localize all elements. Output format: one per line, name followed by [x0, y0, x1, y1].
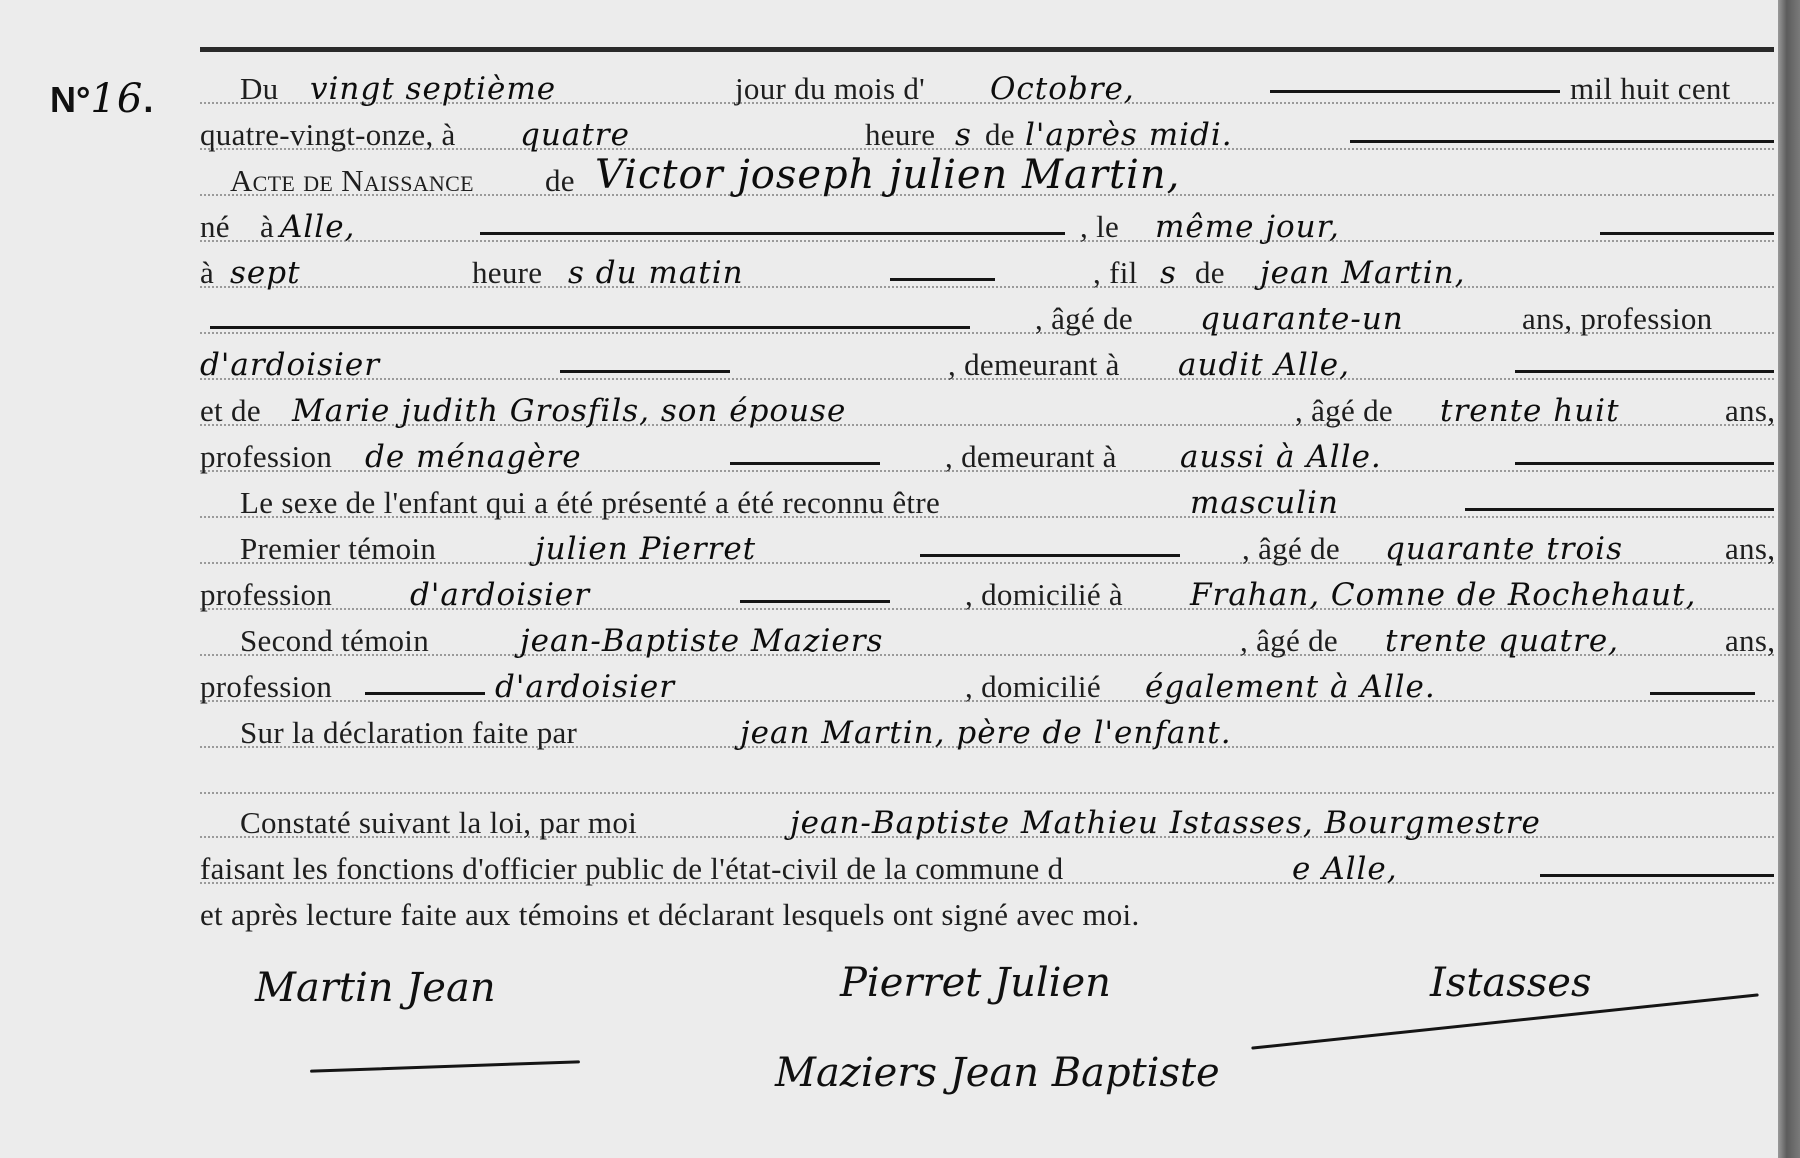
line-father-profession: d'ardoisier , demeurant à audit Alle, [200, 342, 1774, 388]
printed-fils: , fil [1093, 250, 1138, 296]
handwritten-witness1-name: julien Pierret [535, 526, 756, 572]
handwritten-s: s [1160, 250, 1177, 296]
printed-demeurant: , demeurant à [948, 342, 1120, 388]
handwritten-witness1-profession: d'ardoisier [410, 572, 590, 618]
birth-certificate-page: N°16. Du vingt septième jour du mois d' … [0, 0, 1778, 1158]
handwritten-officer-name: jean-Baptiste Mathieu Istasses, Bourgmes… [790, 800, 1541, 846]
line-witness1: Premier témoin julien Pierret , âgé de q… [200, 526, 1774, 572]
handwritten-witness2-age: trente quatre, [1385, 618, 1619, 664]
signature-witness1: Pierret Julien [840, 960, 1111, 1006]
printed-closing-statement: et après lecture faite aux témoins et dé… [200, 892, 1140, 938]
handwritten-father-name: jean Martin, [1260, 250, 1466, 296]
handwritten-declarant: jean Martin, père de l'enfant. [740, 710, 1232, 756]
printed-profession: profession [200, 572, 332, 618]
printed-jour-du-mois: jour du mois d' [735, 66, 925, 112]
handwritten-same-day: même jour, [1155, 204, 1340, 250]
printed-de: de [545, 158, 575, 204]
printed-et-de: et de [200, 388, 261, 434]
printed-second-temoin: Second témoin [240, 618, 429, 664]
line-birthplace: né à Alle, , le même jour, [200, 204, 1774, 250]
scan-edge [1778, 0, 1800, 1158]
act-number: N°16. [50, 76, 153, 122]
printed-heure: heure [472, 250, 542, 296]
printed-profession: profession [200, 434, 332, 480]
line-witness2-profession: profession d'ardoisier , domicilié égale… [200, 664, 1774, 710]
printed-age-de: , âgé de [1242, 526, 1340, 572]
handwritten-mother-profession: de ménagère [365, 434, 582, 480]
printed-mil-huit-cent: mil huit cent [1570, 66, 1731, 112]
printed-a: à [200, 250, 214, 296]
printed-ne: né [200, 204, 230, 250]
printed-age-de: , âgé de [1035, 296, 1133, 342]
printed-ans-profession: ans, profession [1522, 296, 1712, 342]
signature-witness2: Maziers Jean Baptiste [775, 1050, 1220, 1096]
printed-demeurant: , demeurant à [945, 434, 1117, 480]
line-birth-hour: à sept heure s du matin , fil s de jean … [200, 250, 1774, 296]
handwritten-sex: masculin [1190, 480, 1339, 526]
printed-du: Du [240, 66, 279, 112]
handwritten-mother-name: Marie judith Grosfils, son épouse [292, 388, 846, 434]
printed-ans: ans, [1725, 388, 1775, 434]
line-officer: Constaté suivant la loi, par moi jean-Ba… [200, 800, 1774, 846]
top-rule [200, 47, 1774, 52]
line-date: Du vingt septième jour du mois d' Octobr… [200, 66, 1774, 112]
handwritten-morning: s du matin [568, 250, 744, 296]
handwritten-witness1-age: quarante trois [1385, 526, 1623, 572]
printed-year: quatre-vingt-onze, à [200, 112, 456, 158]
printed-a: à [260, 204, 274, 250]
line-mother-profession: profession de ménagère , demeurant à aus… [200, 434, 1774, 480]
signature-flourish [310, 1060, 580, 1072]
printed-fonctions: faisant les fonctions d'officier public … [200, 846, 1063, 892]
line-mother: et de Marie judith Grosfils, son épouse … [200, 388, 1774, 434]
line-witness2: Second témoin jean-Baptiste Maziers , âg… [200, 618, 1774, 664]
line-father-age: , âgé de quarante-un ans, profession [200, 296, 1774, 342]
printed-ans: ans, [1725, 526, 1775, 572]
printed-age-de: , âgé de [1295, 388, 1393, 434]
handwritten-witness2-name: jean-Baptiste Maziers [520, 618, 883, 664]
handwritten-witness2-domicile: également à Alle. [1145, 664, 1436, 710]
handwritten-father-profession: d'ardoisier [200, 342, 380, 388]
printed-ans: ans, [1725, 618, 1775, 664]
handwritten-father-residence: audit Alle, [1178, 342, 1350, 388]
printed-constate: Constaté suivant la loi, par moi [240, 800, 637, 846]
printed-domicilie: , domicilié à [965, 572, 1123, 618]
handwritten-month: Octobre, [990, 66, 1135, 112]
printed-age-de: , âgé de [1240, 618, 1338, 664]
printed-domicilie: , domicilié [965, 664, 1101, 710]
line-declaration: Sur la déclaration faite par jean Martin… [200, 710, 1774, 756]
number-value: 16 [90, 76, 143, 122]
line-acte: Acte de Naissance de Victor joseph julie… [200, 158, 1774, 204]
printed-de: de [1195, 250, 1225, 296]
handwritten-father-age: quarante-un [1200, 296, 1404, 342]
printed-declaration: Sur la déclaration faite par [240, 710, 577, 756]
line-witness1-profession: profession d'ardoisier , domicilié à Fra… [200, 572, 1774, 618]
handwritten-place: Alle, [280, 204, 355, 250]
signature-father: Martin Jean [255, 965, 496, 1011]
printed-premier-temoin: Premier témoin [240, 526, 436, 572]
handwritten-witness1-domicile: Frahan, Comne de Rochehaut, [1190, 572, 1696, 618]
printed-le: , le [1080, 204, 1119, 250]
handwritten-day: vingt septième [310, 66, 556, 112]
printed-acte-de-naissance: Acte de Naissance [230, 158, 474, 204]
line-sex: Le sexe de l'enfant qui a été présenté a… [200, 480, 1774, 526]
line-empty [200, 756, 1774, 802]
handwritten-birth-hour: sept [230, 250, 301, 296]
handwritten-child-name: Victor joseph julien Martin, [595, 152, 1180, 198]
handwritten-mother-age: trente huit [1440, 388, 1620, 434]
handwritten-commune: e Alle, [1292, 846, 1398, 892]
printed-profession: profession [200, 664, 332, 710]
printed-sex-statement: Le sexe de l'enfant qui a été présenté a… [240, 480, 940, 526]
signature-officer: Istasses [1430, 960, 1592, 1006]
number-label: N° [50, 79, 90, 120]
handwritten-witness2-profession: d'ardoisier [495, 664, 675, 710]
handwritten-mother-residence: aussi à Alle. [1180, 434, 1382, 480]
line-commune: faisant les fonctions d'officier public … [200, 846, 1774, 892]
line-closing: et après lecture faite aux témoins et dé… [200, 892, 1774, 938]
